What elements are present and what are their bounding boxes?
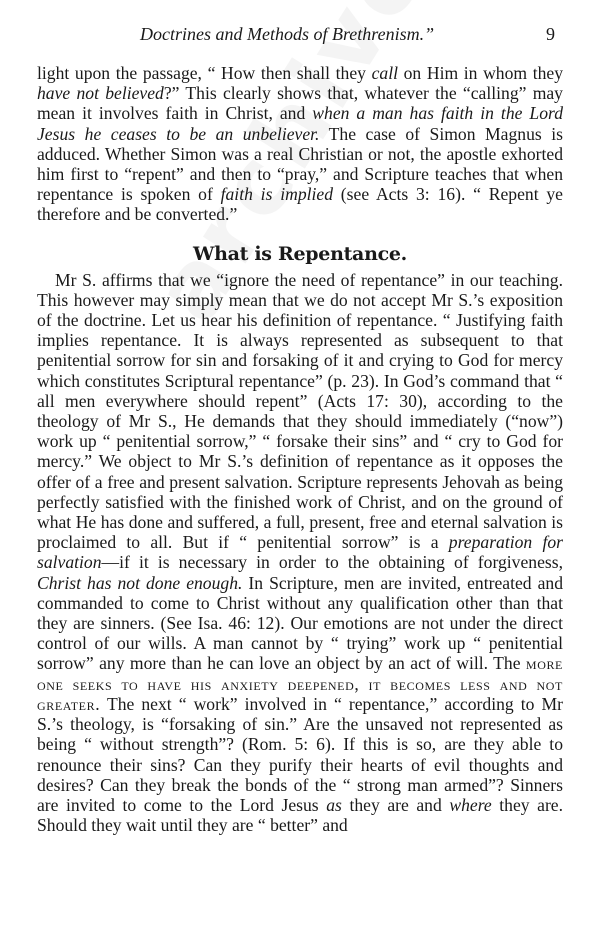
italic-run: Christ has not done enough. [37,573,242,593]
text-run: —if it is necessary in order to the obta… [102,552,563,572]
paragraph-repentance: Mr S. affirms that we “ignore the need o… [37,270,563,836]
text-run: light upon the passage, “ How then shall… [37,63,372,83]
page-header: Doctrines and Methods of Brethrenism.” 9 [0,24,600,48]
page-body: light upon the passage, “ How then shall… [37,63,563,835]
italic-run: call [372,63,398,83]
text-run: they are and [342,795,449,815]
italic-run: faith is implied [221,184,333,204]
italic-run: as [326,795,342,815]
text-run: on Him in whom they [398,63,563,83]
section-heading: What is Repentance. [37,243,563,265]
running-title: Doctrines and Methods of Brethrenism.” [140,24,434,45]
text-run: Mr S. affirms that we “ignore the need o… [37,270,563,553]
paragraph-continuation: light upon the passage, “ How then shall… [37,63,563,225]
italic-run: have not believed [37,83,164,103]
page-number: 9 [546,24,555,45]
italic-run: where [449,795,491,815]
